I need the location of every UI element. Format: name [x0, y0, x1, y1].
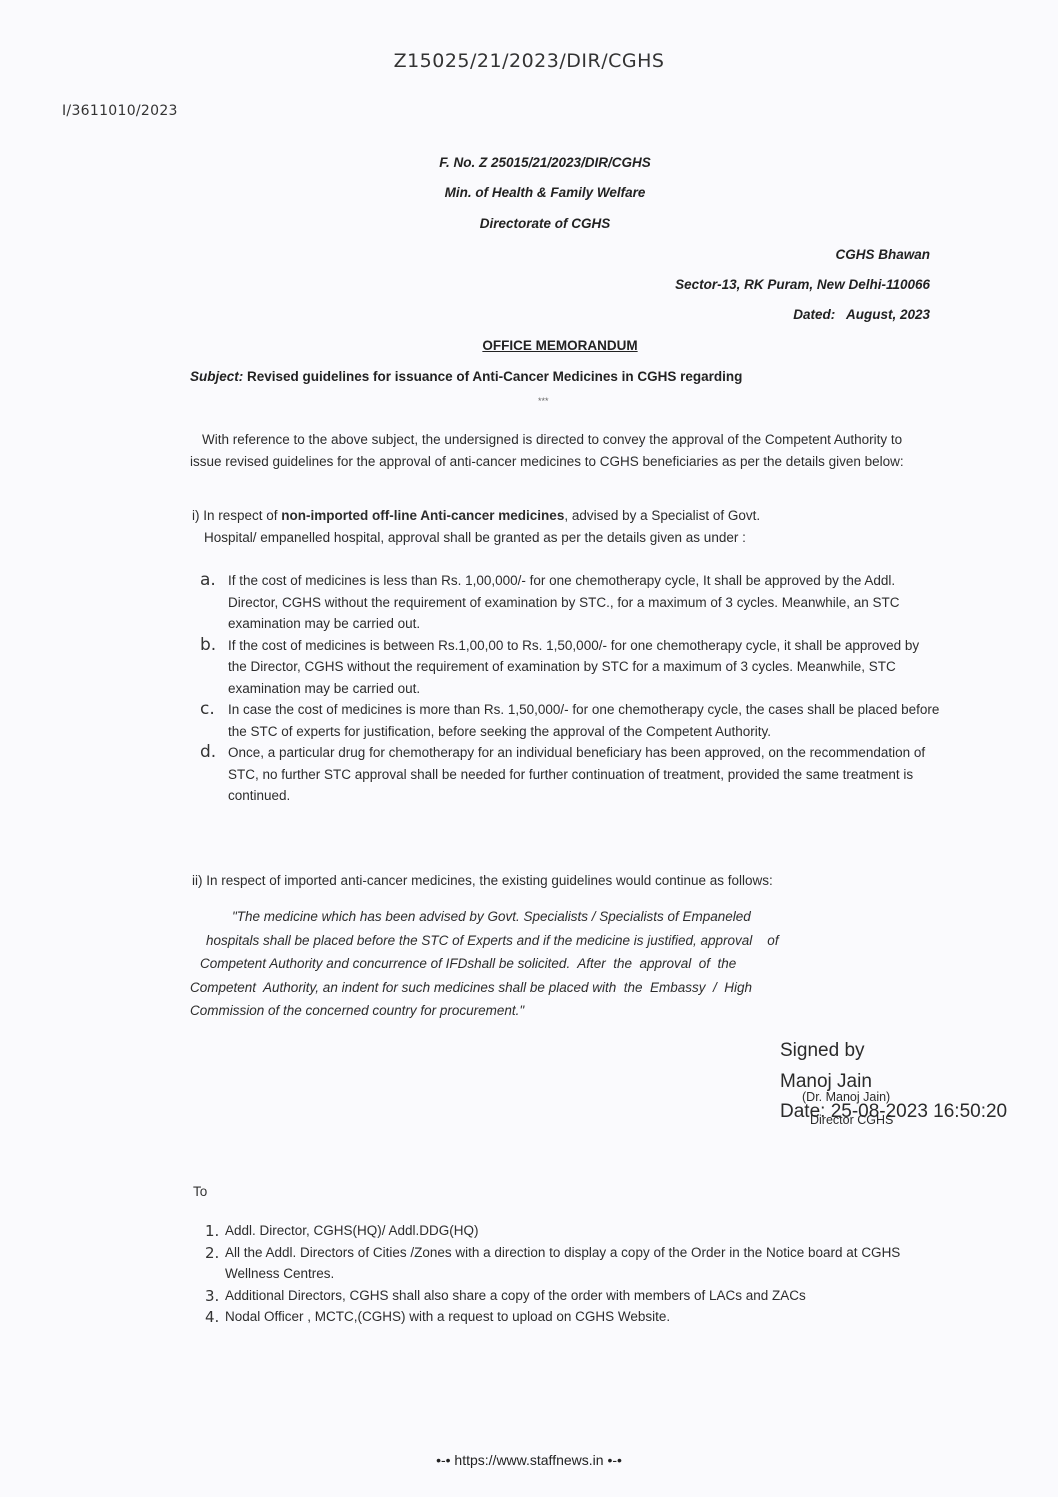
- list-item: 3. Additional Directors, CGHS shall also…: [205, 1285, 950, 1307]
- subject-label: Subject:: [190, 369, 243, 384]
- list-item-text: All the Addl. Directors of Cities /Zones…: [225, 1245, 900, 1282]
- list-marker: 2.: [205, 1243, 219, 1265]
- list-item: d. Once, a particular drug for chemother…: [200, 742, 940, 807]
- list-marker: 4.: [205, 1307, 219, 1329]
- list-item-text: In case the cost of medicines is more th…: [228, 702, 939, 739]
- subject-line: Subject: Revised guidelines for issuance…: [190, 369, 742, 384]
- quote-line: hospitals shall be placed before the STC…: [190, 929, 910, 953]
- list-item-text: If the cost of medicines is less than Rs…: [228, 573, 900, 631]
- list-item: 2. All the Addl. Directors of Cities /Zo…: [205, 1242, 950, 1285]
- section-i-bold: non-imported off-line Anti-cancer medici…: [281, 508, 564, 523]
- list-item: 4. Nodal Officer , MCTC,(CGHS) with a re…: [205, 1306, 950, 1328]
- address-location: Sector-13, RK Puram, New Delhi-110066: [675, 277, 930, 292]
- separator: ***: [538, 396, 549, 406]
- quote-line: Competent Authority, an indent for such …: [190, 976, 910, 1000]
- file-number: F. No. Z 25015/21/2023/DIR/CGHS: [0, 155, 1058, 170]
- memo-date: Dated: August, 2023: [793, 307, 930, 322]
- intro-paragraph: With reference to the above subject, the…: [190, 429, 935, 472]
- list-item-text: Additional Directors, CGHS shall also sh…: [225, 1288, 806, 1303]
- diary-number: I/3611010/2023: [62, 103, 178, 119]
- quote-line: Competent Authority and concurrence of I…: [190, 952, 910, 976]
- quoted-guideline: "The medicine which has been advised by …: [190, 905, 910, 1023]
- recipients-list: 1. Addl. Director, CGHS(HQ)/ Addl.DDG(HQ…: [205, 1220, 950, 1328]
- list-item-text: Once, a particular drug for chemotherapy…: [228, 745, 925, 803]
- footer-website-link[interactable]: •-• https://www.staffnews.in •-•: [0, 1452, 1058, 1468]
- quote-line: "The medicine which has been advised by …: [190, 905, 910, 929]
- to-label: To: [193, 1184, 207, 1199]
- list-item-text: If the cost of medicines is between Rs.1…: [228, 638, 919, 696]
- memo-title: OFFICE MEMORANDUM: [0, 338, 1058, 353]
- list-marker: 1.: [205, 1221, 219, 1243]
- list-item: b. If the cost of medicines is between R…: [200, 635, 940, 700]
- section-ii: ii) In respect of imported anti-cancer m…: [192, 870, 937, 892]
- section-i-line2: Hospital/ empanelled hospital, approval …: [192, 527, 937, 549]
- section-i-suffix: , advised by a Specialist of Govt.: [564, 508, 760, 523]
- list-marker: b.: [200, 635, 216, 657]
- list-item: c. In case the cost of medicines is more…: [200, 699, 940, 742]
- ministry-name: Min. of Health & Family Welfare: [0, 185, 1058, 200]
- list-marker: a.: [200, 570, 216, 592]
- printed-name: (Dr. Manoj Jain): [802, 1090, 890, 1104]
- designation: Director CGHS: [810, 1113, 893, 1127]
- list-item-text: Addl. Director, CGHS(HQ)/ Addl.DDG(HQ): [225, 1223, 479, 1238]
- list-item: a. If the cost of medicines is less than…: [200, 570, 940, 635]
- list-marker: d.: [200, 742, 216, 764]
- address-building: CGHS Bhawan: [835, 247, 930, 262]
- section-i: i) In respect of non-imported off-line A…: [192, 505, 937, 548]
- section-i-prefix: i) In respect of: [192, 508, 281, 523]
- list-marker: 3.: [205, 1286, 219, 1308]
- subject-text: Revised guidelines for issuance of Anti-…: [243, 369, 742, 384]
- list-item-text: Nodal Officer , MCTC,(CGHS) with a reque…: [225, 1309, 670, 1324]
- alpha-list: a. If the cost of medicines is less than…: [200, 570, 940, 807]
- quote-line: Commission of the concerned country for …: [190, 999, 910, 1023]
- directorate-name: Directorate of CGHS: [0, 216, 1058, 231]
- list-item: 1. Addl. Director, CGHS(HQ)/ Addl.DDG(HQ…: [205, 1220, 950, 1242]
- top-file-reference: Z15025/21/2023/DIR/CGHS: [0, 50, 1058, 72]
- list-marker: c.: [200, 699, 215, 721]
- signed-by-label: Signed by: [780, 1040, 865, 1062]
